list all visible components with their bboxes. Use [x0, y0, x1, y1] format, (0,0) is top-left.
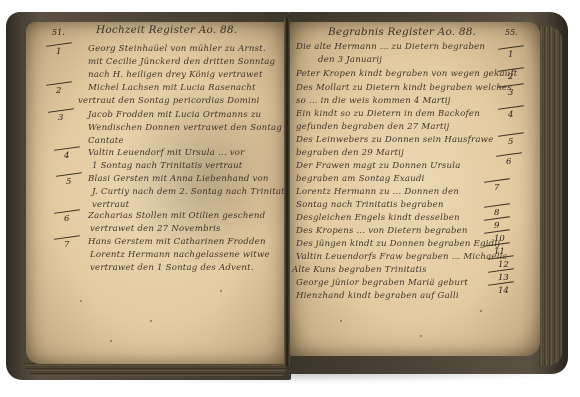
- burial-entry-number: 5: [508, 137, 513, 147]
- burial-entry-number: 6: [506, 157, 511, 167]
- burial-entry-line: Lorentz Hermann zu ... Donnen den: [296, 186, 459, 199]
- paper-speck: [340, 320, 342, 322]
- marriage-entry-line: Valtin Leuendorf mit Ursula ... vor: [88, 147, 244, 160]
- paper-speck: [110, 340, 112, 342]
- right-page-heading: Begrabnis Register Ao. 88.: [328, 26, 476, 39]
- burial-entry-line: Valtin Leuendorfs Fraw begraben ... Mich…: [296, 251, 507, 264]
- marriage-entry-line: Jacob Frodden mit Lucia Ortmanns zu: [88, 109, 261, 122]
- paper-speck: [220, 290, 222, 292]
- burial-entry-line: Alte Kuns begraben Trinitatis: [292, 264, 427, 277]
- left-page-heading: Hochzeit Register Ao. 88.: [96, 24, 237, 37]
- right-page-number: 55.: [505, 28, 518, 37]
- marriage-entry-number: 5: [66, 177, 71, 187]
- marriage-entry-number: 4: [64, 151, 69, 161]
- paper-speck: [150, 320, 152, 322]
- burial-entry-line: Des Mollart zu Dietern kindt begraben we…: [296, 82, 512, 95]
- burial-entry-line: Die alte Hermann ... zu Dietern begraben: [296, 41, 485, 54]
- paper-speck: [420, 335, 422, 337]
- burial-entry-line: Hienzhand kindt begraben auf Galli: [296, 290, 459, 303]
- burial-entry-line: begraben den 29 Martij: [296, 147, 404, 160]
- burial-entry-number: 1: [508, 50, 513, 60]
- marriage-entry-line: Wendischen Donnen vertrawet den Sontag: [88, 122, 282, 135]
- burial-entry-line: so ... in die weis kommen 4 Martij: [296, 95, 451, 108]
- marriage-entry-number: 6: [64, 214, 69, 224]
- burial-entry-line: den 3 Januarij: [318, 54, 382, 67]
- marriage-entry-number: 1: [56, 47, 61, 57]
- marriage-entry-number: 3: [58, 113, 63, 123]
- marriage-entry-line: Hans Gerstem mit Catharinen Frodden: [88, 236, 266, 249]
- bottom-page-edges: [24, 362, 286, 376]
- marriage-entry-line: J. Curtiy nach dem 2. Sontag nach Trinit…: [92, 186, 288, 199]
- burial-entry-number: 7: [494, 183, 499, 193]
- marriage-entry-line: Lorentz Hermann nachgelassene witwe: [90, 249, 270, 262]
- burial-entry-number: 9: [494, 221, 499, 231]
- marriage-entry-number: 2: [56, 86, 61, 96]
- marriage-entry-line: Blasi Gersten mit Anna Liebenhand von: [88, 173, 269, 186]
- burial-entry-line: Des Kropens ... von Dietern begraben: [296, 225, 468, 238]
- right-page-edges: [538, 26, 562, 366]
- burial-entry-line: Der Frawen magt zu Donnen Ursula: [296, 160, 461, 173]
- marriage-entry-line: vertrawet den 27 Novembris: [90, 223, 221, 236]
- marriage-entry-line: mit Cecilie Jünckerd den dritten Sonntag: [88, 56, 275, 69]
- marriage-entry-line: vertraut den Sontag pericordias Domini: [78, 95, 260, 108]
- marriage-entry-number: 7: [64, 240, 69, 250]
- marriage-entry-line: nach H. heiligen drey König vertrawet: [88, 69, 263, 82]
- burial-entry-number: 3: [508, 88, 513, 98]
- burial-entry-line: Ein kindt so zu Dietern in dem Backofen: [296, 108, 480, 121]
- marriage-entry-line: Michel Lachsen mit Lucia Rasenacht: [88, 82, 256, 95]
- burial-entry-line: Des jüngen kindt zu Donnen begraben Egid…: [296, 238, 500, 251]
- burial-entry-number: 4: [508, 110, 513, 120]
- marriage-entry-line: Zacharias Stollen mit Otilien geschend: [88, 210, 265, 223]
- paper-speck: [80, 300, 82, 302]
- burial-entry-number: 2: [508, 72, 513, 82]
- paper-speck: [480, 310, 482, 312]
- left-page-number: 51.: [52, 28, 65, 37]
- burial-entry-number: 11: [494, 247, 505, 257]
- burial-entry-line: begraben am Sontag Exaudi: [296, 173, 425, 186]
- burial-entry-line: Peter Kropen kindt begraben von wegen ge…: [296, 68, 517, 81]
- burial-entry-line: Sontag nach Trinitatis begraben: [296, 199, 444, 212]
- burial-entry-line: gefunden begraben den 27 Martij: [296, 121, 449, 134]
- burial-entry-line: George jünior begraben Mariä geburt: [296, 277, 468, 290]
- marriage-entry-line: vertrawet den 1 Sontag des Advent.: [90, 262, 254, 275]
- burial-entry-line: Desgleichen Engels kindt desselben: [296, 212, 460, 225]
- book-photo: 51. Hochzeit Register Ao. 88. 1 Georg St…: [0, 0, 580, 397]
- marriage-entry-line: Georg Steinhaüel von mühler zu Arnst.: [88, 43, 266, 56]
- burial-entry-number: 14: [498, 286, 509, 296]
- marriage-entry-line: 1 Sontag nach Trinitatis vertraut: [92, 160, 242, 173]
- burial-entry-line: Des Leinwebers zu Donnen sein Hausfrawe: [296, 134, 493, 147]
- burial-entry-number: 8: [494, 208, 499, 218]
